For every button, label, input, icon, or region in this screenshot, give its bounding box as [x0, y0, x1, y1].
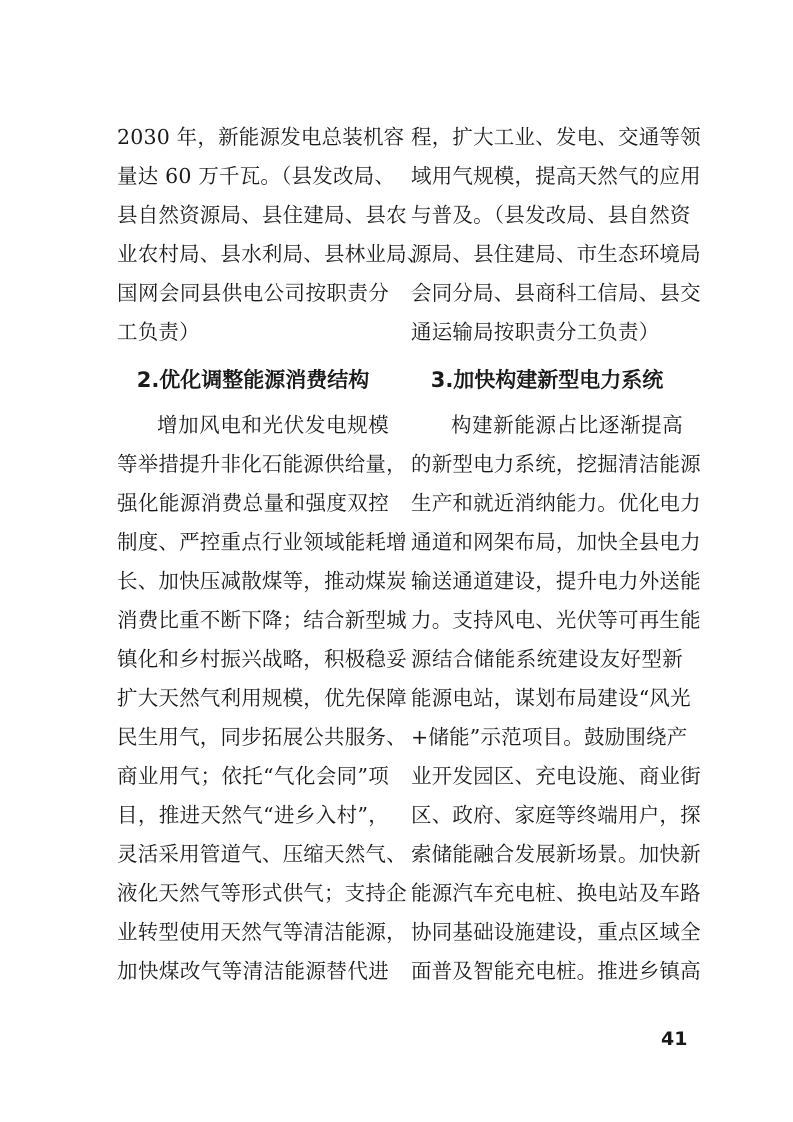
section-heading-2: 2.优化调整能源消费结构: [117, 356, 389, 404]
page-number: 41: [661, 1028, 687, 1050]
text-line: 目，推进天然气“进乡入村”，: [117, 796, 389, 835]
text-line: 2030 年，新能源发电总装机容: [117, 118, 389, 157]
text-line: 业农村局、县水利局、县林业局、: [117, 235, 389, 274]
text-line: 消费比重不断下降；结合新型城: [117, 601, 389, 640]
left-column: 2030 年，新能源发电总装机容 量达 60 万千瓦。（县发改局、 县自然资源局…: [117, 118, 389, 991]
text-line: 通道和网架布局，加快全县电力: [411, 523, 683, 562]
section-heading-3: 3.加快构建新型电力系统: [411, 356, 683, 404]
text-line: 域用气规模，提高天然气的应用: [411, 157, 683, 196]
text-line: 的新型电力系统，挖掘清洁能源: [411, 445, 683, 484]
text-line: 工负责）: [117, 313, 389, 352]
text-line: 制度、严控重点行业领域能耗增: [117, 523, 389, 562]
text-line: 源局、县住建局、市生态环境局: [411, 235, 683, 274]
text-line: 民生用气，同步拓展公共服务、: [117, 718, 389, 757]
text-line: 构建新能源占比逐渐提高: [411, 406, 683, 445]
text-line: 面普及智能充电桩。推进乡镇高: [411, 952, 683, 991]
text-line: 业转型使用天然气等清洁能源，: [117, 913, 389, 952]
text-line: 生产和就近消纳能力。优化电力: [411, 484, 683, 523]
text-line: 等举措提升非化石能源供给量，: [117, 445, 389, 484]
text-line: 索储能融合发展新场景。加快新: [411, 835, 683, 874]
section-2-paragraph: 增加风电和光伏发电规模 等举措提升非化石能源供给量， 强化能源消费总量和强度双控…: [117, 406, 389, 991]
text-line: 商业用气；依托“气化会同”项: [117, 757, 389, 796]
text-line: 增加风电和光伏发电规模: [117, 406, 389, 445]
text-line: 扩大天然气利用规模，优先保障: [117, 679, 389, 718]
text-line: 国网会同县供电公司按职责分: [117, 274, 389, 313]
text-line: 输送通道建设，提升电力外送能: [411, 562, 683, 601]
text-line: 通运输局按职责分工负责）: [411, 313, 683, 352]
text-line: 量达 60 万千瓦。（县发改局、: [117, 157, 389, 196]
text-line: 强化能源消费总量和强度双控: [117, 484, 389, 523]
text-line: 会同分局、县商科工信局、县交: [411, 274, 683, 313]
right-intro-paragraph: 程，扩大工业、发电、交通等领 域用气规模，提高天然气的应用 与普及。（县发改局、…: [411, 118, 683, 352]
text-line: 加快煤改气等清洁能源替代进: [117, 952, 389, 991]
section-3-paragraph: 构建新能源占比逐渐提高 的新型电力系统，挖掘清洁能源 生产和就近消纳能力。优化电…: [411, 406, 683, 991]
text-line: 县自然资源局、县住建局、县农: [117, 196, 389, 235]
text-line: 长、加快压减散煤等，推动煤炭: [117, 562, 389, 601]
right-column: 程，扩大工业、发电、交通等领 域用气规模，提高天然气的应用 与普及。（县发改局、…: [411, 118, 683, 991]
text-line: 灵活采用管道气、压缩天然气、: [117, 835, 389, 874]
text-line: 能源汽车充电桩、换电站及车路: [411, 874, 683, 913]
text-line: 镇化和乡村振兴战略，积极稳妥: [117, 640, 389, 679]
text-line: 能源电站，谋划布局建设“风光: [411, 679, 683, 718]
text-line: 业开发园区、充电设施、商业街: [411, 757, 683, 796]
text-line: +储能”示范项目。鼓励围绕产: [411, 718, 683, 757]
left-intro-paragraph: 2030 年，新能源发电总装机容 量达 60 万千瓦。（县发改局、 县自然资源局…: [117, 118, 389, 352]
text-line: 力。支持风电、光伏等可再生能: [411, 601, 683, 640]
text-line: 区、政府、家庭等终端用户，探: [411, 796, 683, 835]
text-line: 程，扩大工业、发电、交通等领: [411, 118, 683, 157]
text-line: 与普及。（县发改局、县自然资: [411, 196, 683, 235]
text-line: 液化天然气等形式供气；支持企: [117, 874, 389, 913]
text-line: 源结合储能系统建设友好型新: [411, 640, 683, 679]
text-line: 协同基础设施建设，重点区域全: [411, 913, 683, 952]
